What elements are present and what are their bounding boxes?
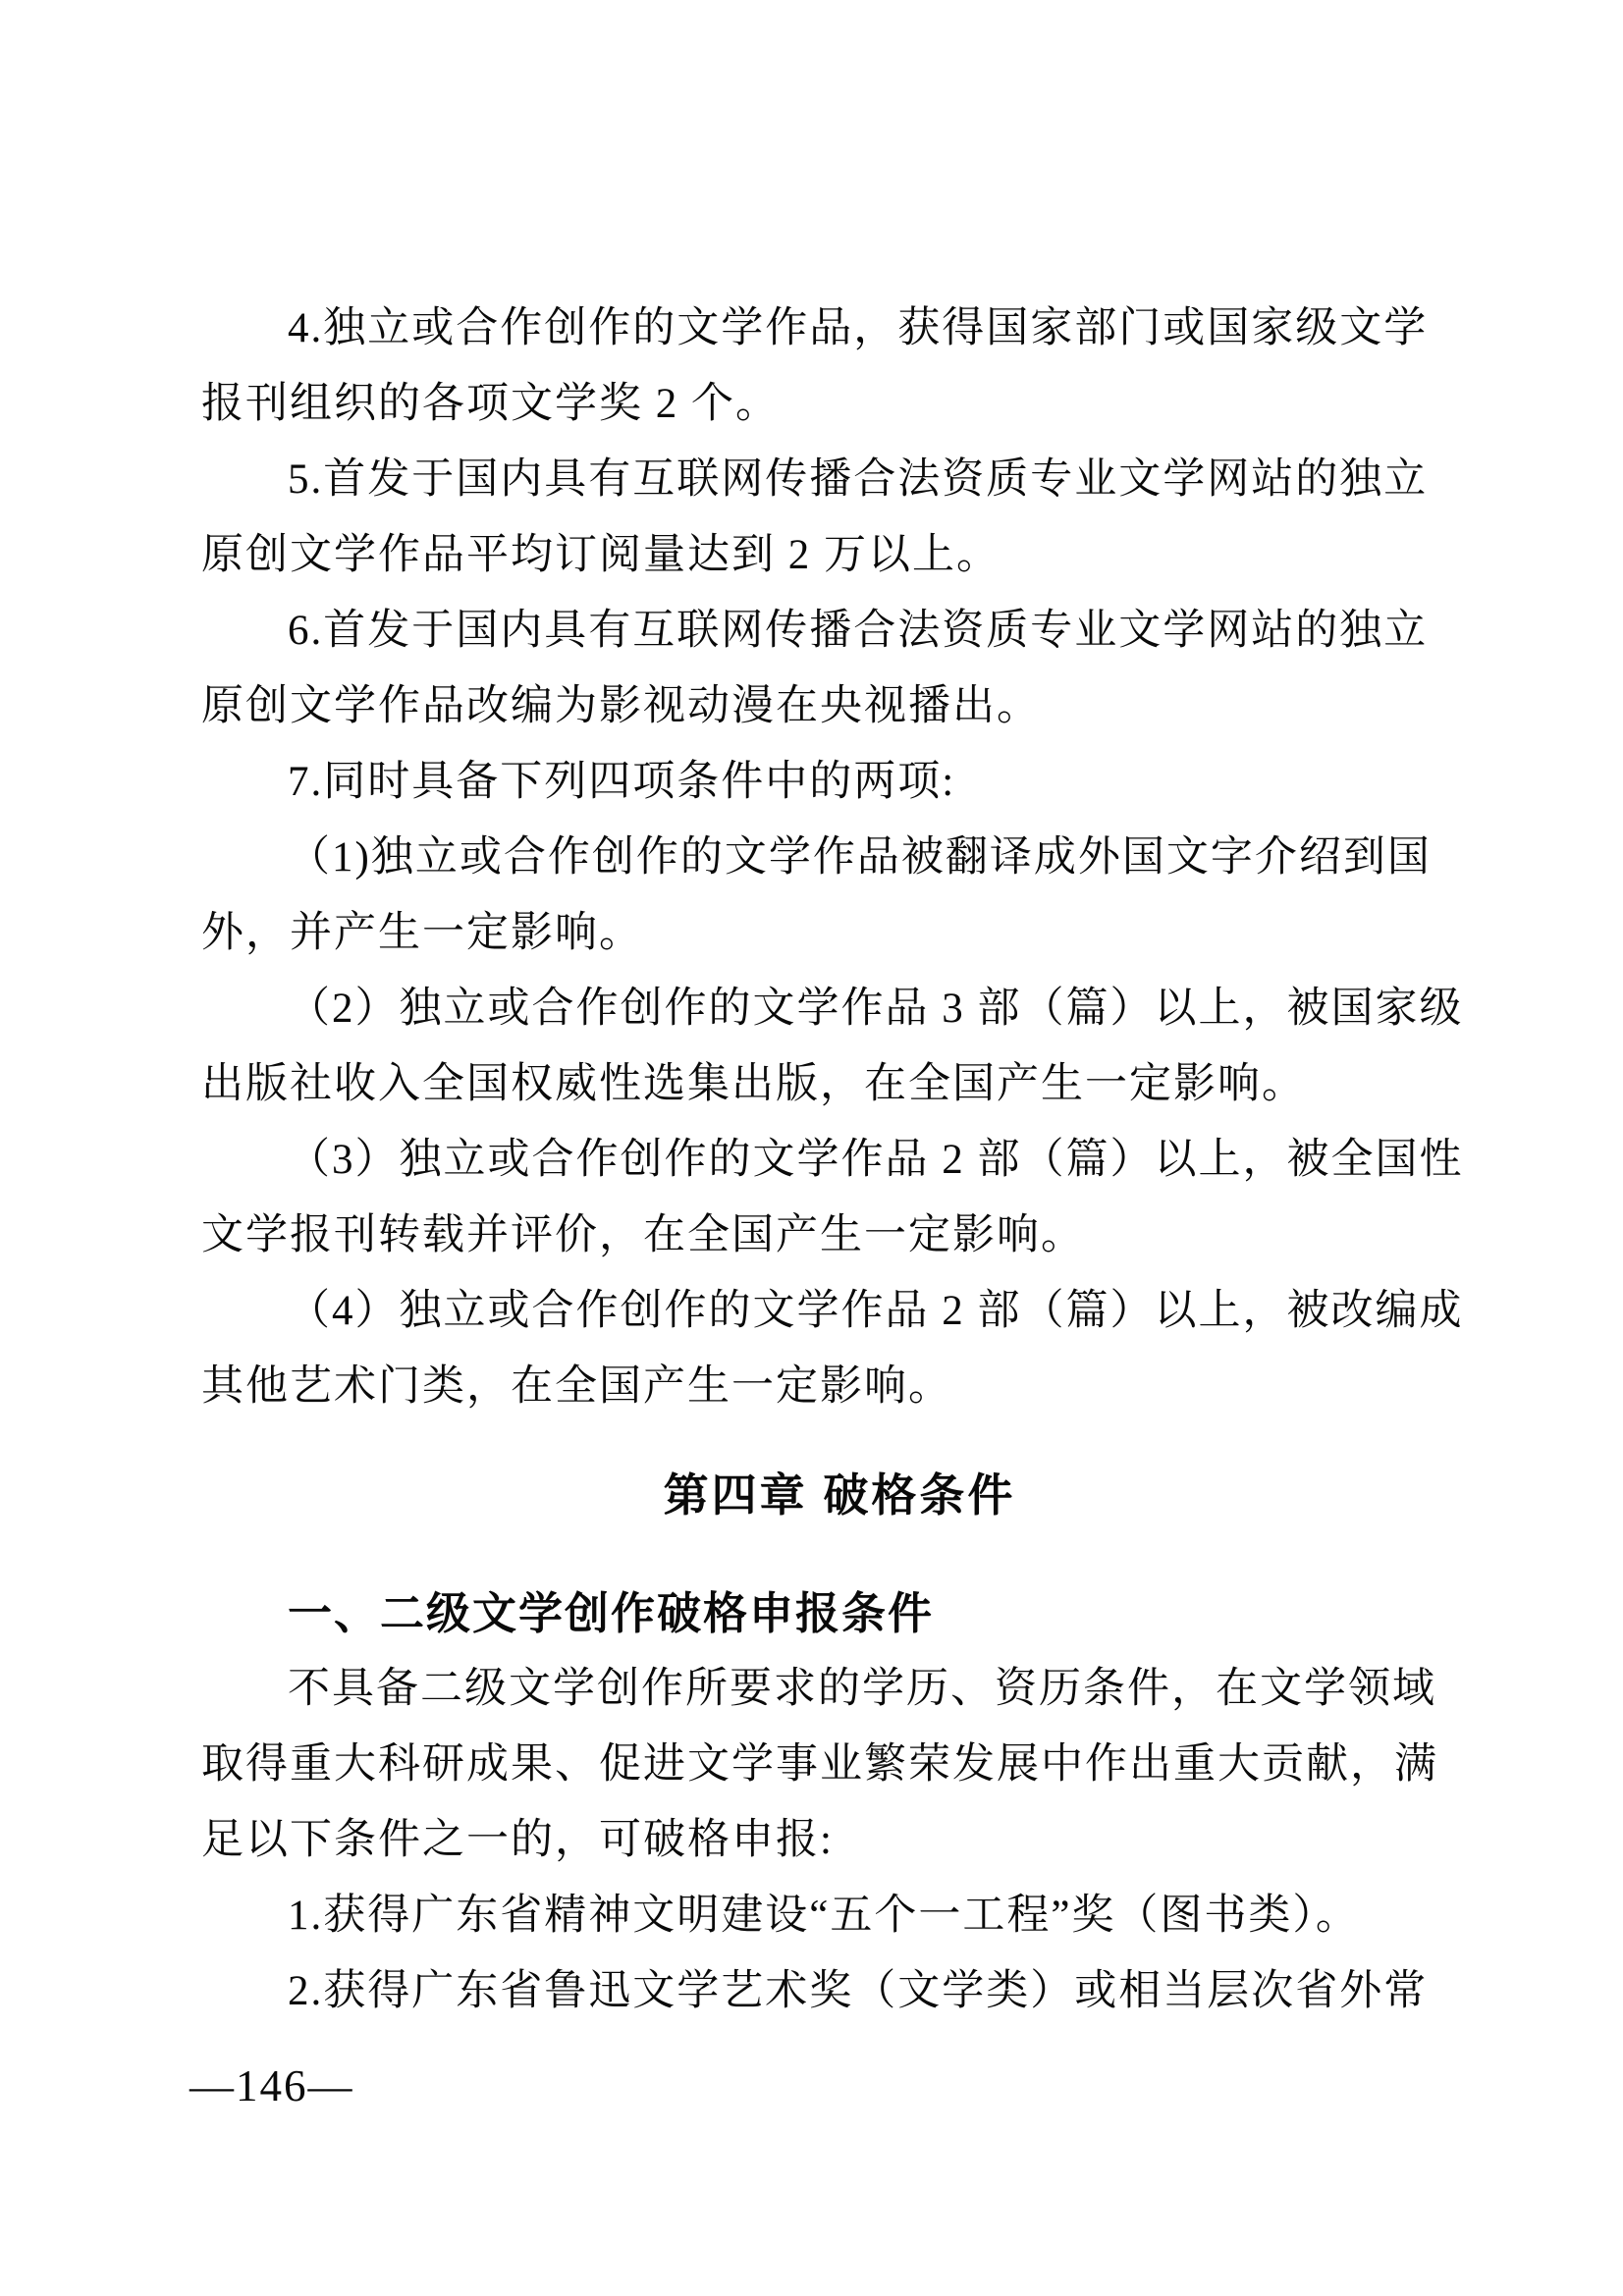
document-line: 取得重大科研成果、促进文学事业繁荣发展中作出重大贡献，满 [201,1727,1478,1802]
document-line: （1)独立或合作创作的文学作品被翻译成外国文字介绍到国 [201,820,1478,895]
page-number: —146— [189,2059,354,2112]
document-line: 4.独立或合作创作的文学作品，获得国家部门或国家级文学 [201,291,1478,366]
document-line: 5.首发于国内具有互联网传播合法资质专业文学网站的独立 [201,442,1478,517]
document-line: 6.首发于国内具有互联网传播合法资质专业文学网站的独立 [201,593,1478,668]
document-line: 2.获得广东省鲁迅文学艺术奖（文学类）或相当层次省外常 [201,1953,1478,2029]
document-body: 4.独立或合作创作的文学作品，获得国家部门或国家级文学 报刊组织的各项文学奖 2… [201,291,1478,2029]
section-heading: 一、二级文学创作破格申报条件 [201,1575,1478,1651]
document-line: （3）独立或合作创作的文学作品 2 部（篇）以上，被全国性 [201,1122,1478,1198]
document-line: 不具备二级文学创作所要求的学历、资历条件，在文学领域 [201,1651,1478,1727]
document-line: 原创文学作品平均订阅量达到 2 万以上。 [201,517,1478,593]
document-line: 足以下条件之一的，可破格申报: [201,1802,1478,1878]
chapter-heading: 第四章 破格条件 [201,1458,1478,1533]
document-line: （4）独立或合作创作的文学作品 2 部（篇）以上，被改编成 [201,1273,1478,1349]
document-line: 7.同时具备下列四项条件中的两项: [201,744,1478,820]
document-line: 报刊组织的各项文学奖 2 个。 [201,366,1478,442]
document-line: （2）独立或合作创作的文学作品 3 部（篇）以上，被国家级 [201,971,1478,1046]
document-line: 文学报刊转载并评价，在全国产生一定影响。 [201,1198,1478,1273]
document-line: 其他艺术门类，在全国产生一定影响。 [201,1349,1478,1424]
document-line: 原创文学作品改编为影视动漫在央视播出。 [201,668,1478,744]
document-line: 外，并产生一定影响。 [201,895,1478,971]
document-line: 出版社收入全国权威性选集出版，在全国产生一定影响。 [201,1046,1478,1122]
document-line: 1.获得广东省精神文明建设“五个一工程”奖（图书类）。 [201,1878,1478,1953]
document-page: 4.独立或合作创作的文学作品，获得国家部门或国家级文学 报刊组织的各项文学奖 2… [0,0,1623,2296]
